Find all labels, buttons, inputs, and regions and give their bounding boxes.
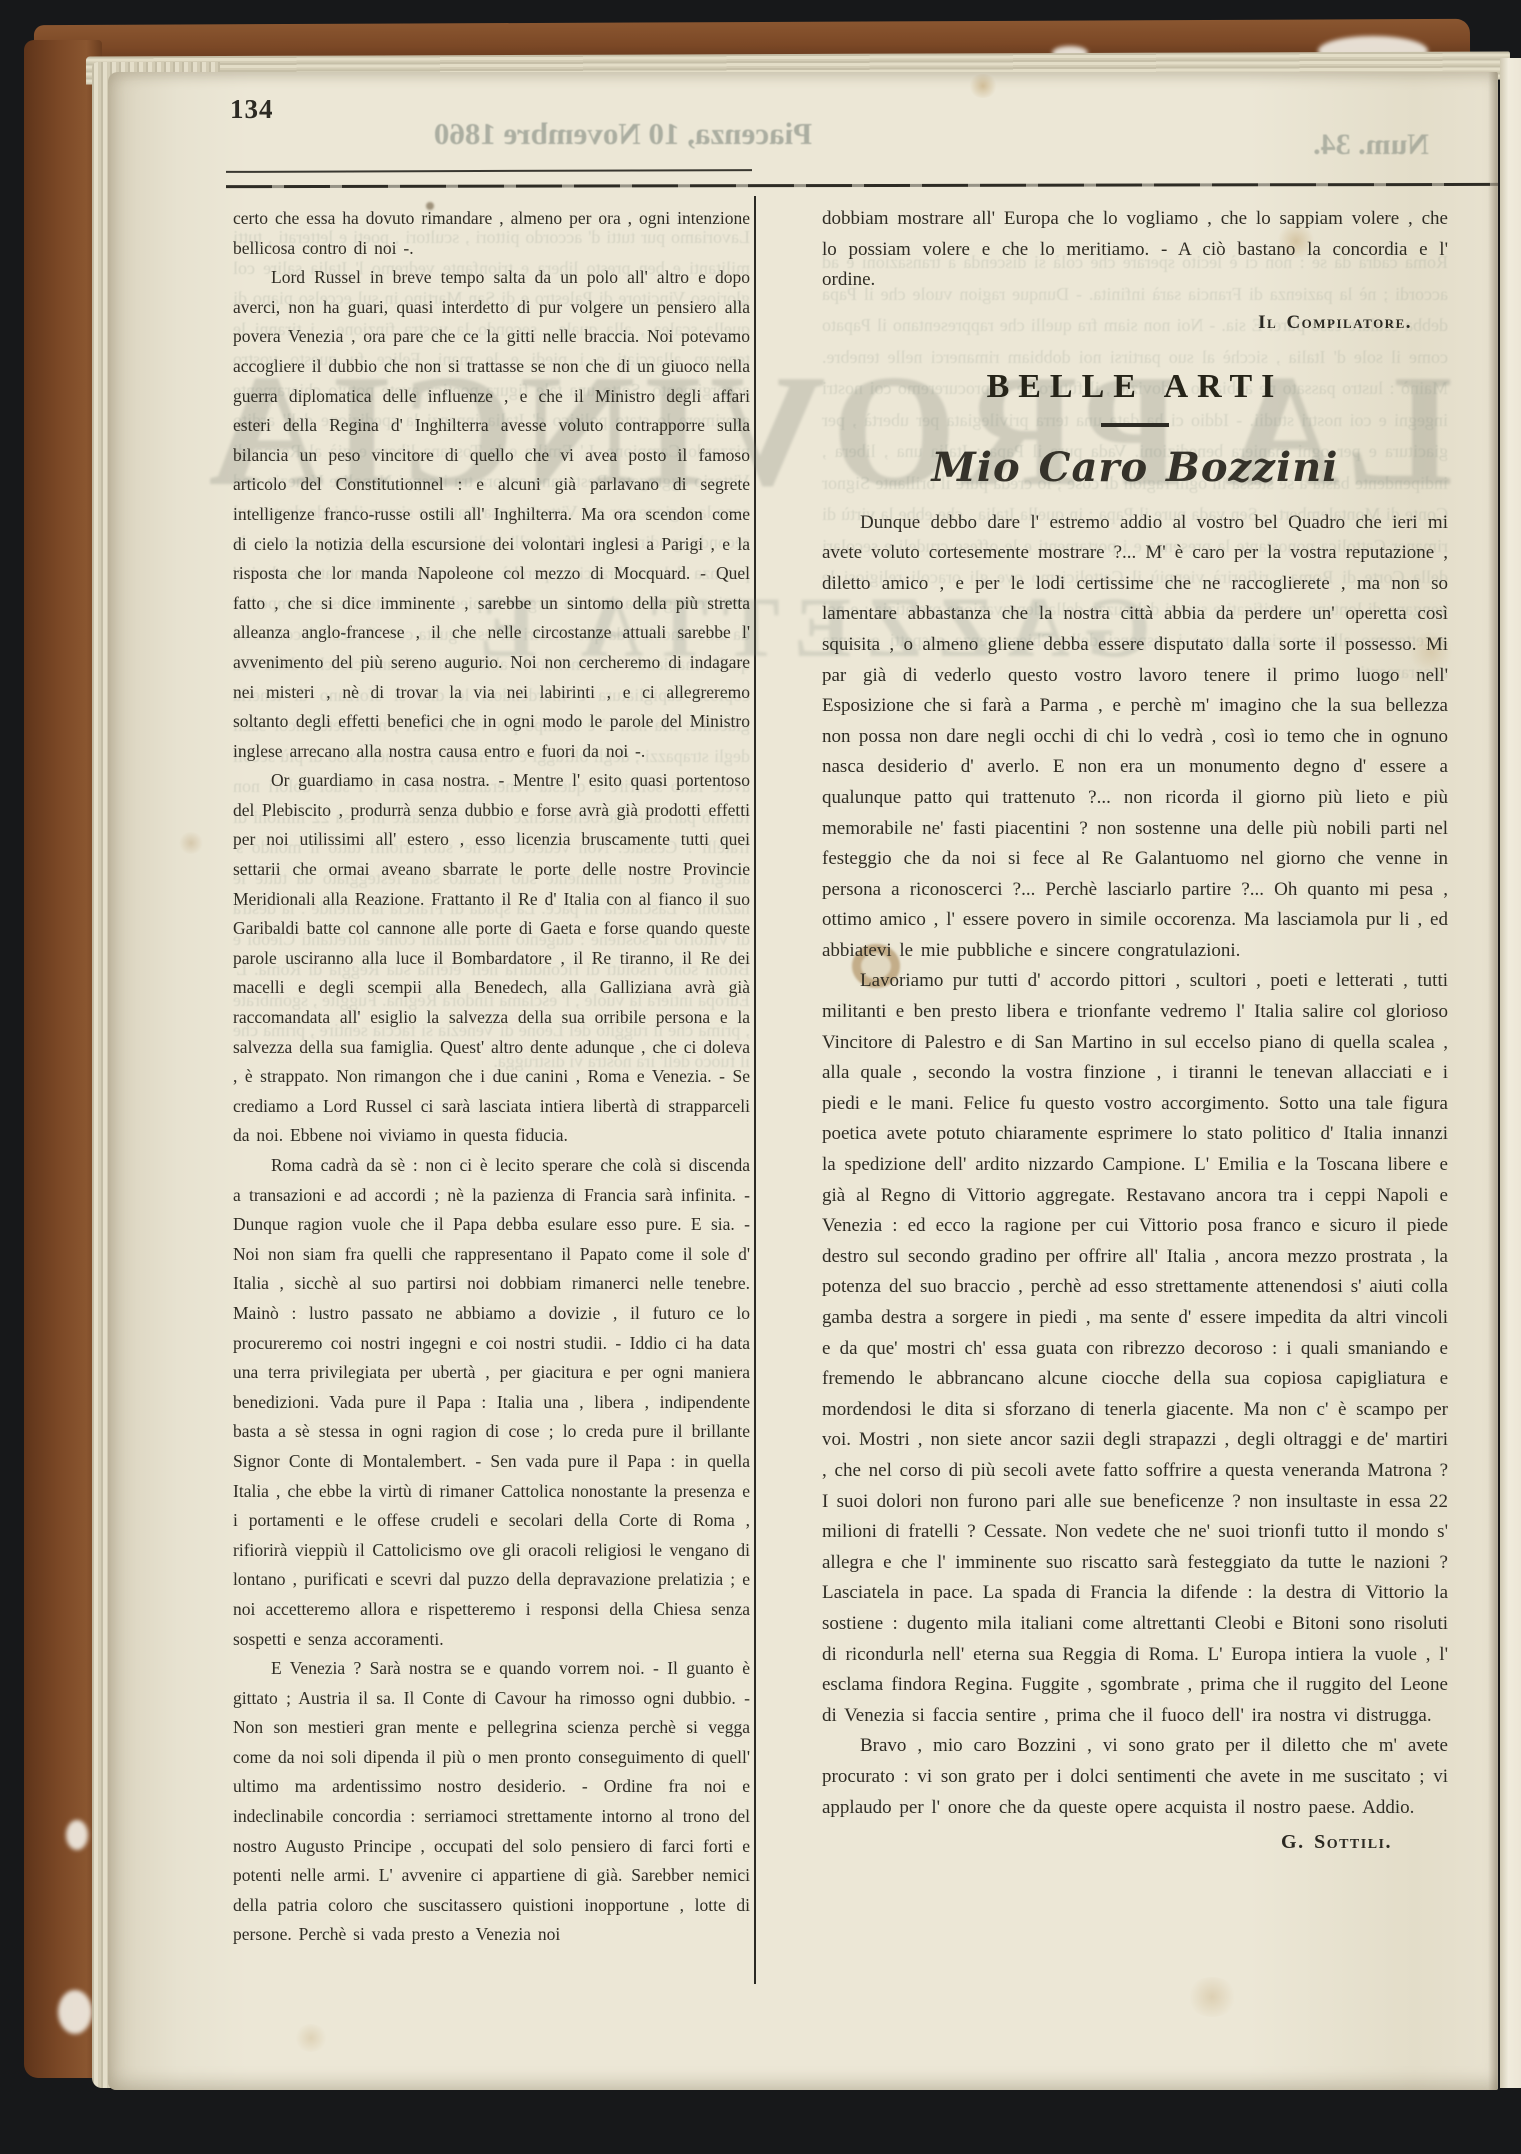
book-cover-left-edge — [24, 40, 102, 2078]
newspaper-page: Piacenza, 10 Novembre 1860 Num. 34. LA P… — [108, 72, 1498, 2090]
letter-salutation: Mio Caro Bozzini — [822, 453, 1448, 484]
stain — [968, 74, 998, 98]
header-rule-thick — [226, 183, 1498, 188]
right-paragraph-continuation: dobbiam mostrare all' Europa che lo vogl… — [822, 204, 1448, 296]
left-paragraph-continuation: certo che essa ha dovuto rimandare , alm… — [233, 204, 750, 263]
ghost-dateline: Piacenza, 10 Novembre 1860 — [228, 116, 1018, 152]
header-rule-thin — [226, 169, 752, 173]
right-paragraph: Lavoriamo pur tutti d' accordo pittori ,… — [822, 966, 1448, 1731]
left-paragraph: E Venezia ? Sarà nostra se e quando vorr… — [233, 1654, 750, 1950]
right-paragraph: Dunque debbo dare l' estremo addio al vo… — [822, 508, 1448, 967]
left-column: certo che essa ha dovuto rimandare , alm… — [233, 204, 750, 1998]
ghost-issue-number: Num. 34. — [1266, 128, 1476, 162]
section-heading-rule — [1101, 423, 1169, 427]
scanned-book-page: Piacenza, 10 Novembre 1860 Num. 34. LA P… — [0, 0, 1521, 2154]
stain — [294, 2024, 328, 2052]
left-paragraph: Roma cadrà da sè : non ci è lecito spera… — [233, 1151, 750, 1654]
compiler-credit: Il Compilatore. — [822, 308, 1412, 339]
torn-paper-fluff — [66, 1820, 88, 1850]
adjacent-page-edge — [1500, 58, 1521, 2088]
stain — [178, 832, 204, 854]
letter-signature: G. Sottili. — [822, 1827, 1392, 1858]
left-paragraph: Or guardiamo in casa nostra. - Mentre l'… — [233, 766, 750, 1151]
right-paragraph: Bravo , mio caro Bozzini , vi sono grato… — [822, 1731, 1448, 1823]
section-heading-belle-arti: BELLE ARTI — [822, 372, 1448, 403]
left-paragraph: Lord Russel in breve tempo salta da un p… — [233, 263, 750, 766]
right-column: dobbiam mostrare all' Europa che lo vogl… — [822, 204, 1448, 2010]
torn-paper-fluff — [58, 1990, 92, 2034]
